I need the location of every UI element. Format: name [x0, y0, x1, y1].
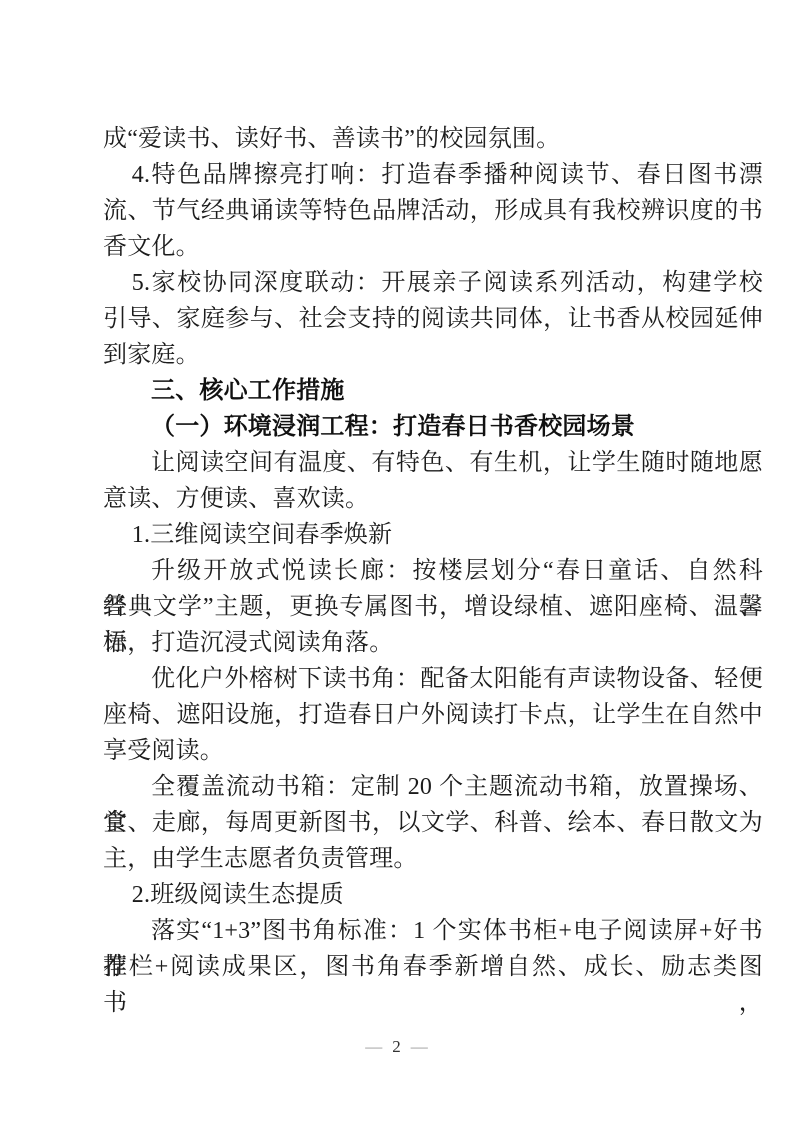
paragraph: 5.家校协同深度联动：开展亲子阅读系列活动，构建学校引导、家庭参与、社会支持的阅… — [103, 265, 763, 373]
paragraph: 落实“1+3”图书角标准：1 个实体书柜+电子阅读屏+好书推荐栏+阅读成果区，图… — [103, 913, 763, 985]
text-line: 成“爱读书、读好书、善读书”的校园氛围。 — [103, 121, 763, 157]
paragraph: 1.三维阅读空间春季焕新 — [103, 517, 763, 553]
text-line: 座椅、遮阳设施，打造春日户外阅读打卡点，让学生在自然中 — [103, 697, 763, 733]
text-line: 荐栏+阅读成果区，图书角春季新增自然、成长、励志类图书， — [103, 949, 763, 985]
paragraph: 2.班级阅读生态提质 — [103, 877, 763, 913]
text-line: （一）环境浸润工程：打造春日书香校园场景 — [103, 409, 763, 445]
paragraph: 升级开放式悦读长廊：按楼层划分“春日童话、自然科普、经典文学”主题，更换专属图书… — [103, 553, 763, 661]
paragraph: 4.特色品牌擦亮打响：打造春季播种阅读节、春日图书漂流、节气经典诵读等特色品牌活… — [103, 157, 763, 265]
text-line: 引导、家庭参与、社会支持的阅读共同体，让书香从校园延伸 — [103, 301, 763, 337]
footer-dash-right: — — [411, 1037, 428, 1056]
text-line: 1.三维阅读空间春季焕新 — [103, 517, 763, 553]
paragraph: 优化户外榕树下读书角：配备太阳能有声读物设备、轻便座椅、遮阳设施，打造春日户外阅… — [103, 661, 763, 769]
page-footer: —2— — [0, 1036, 793, 1058]
paragraph: 成“爱读书、读好书、善读书”的校园氛围。 — [103, 121, 763, 157]
text-line: 5.家校协同深度联动：开展亲子阅读系列活动，构建学校 — [103, 265, 763, 301]
text-line: 4.特色品牌擦亮打响：打造春季播种阅读节、春日图书漂 — [103, 157, 763, 193]
document-body: 成“爱读书、读好书、善读书”的校园氛围。4.特色品牌擦亮打响：打造春季播种阅读节… — [103, 121, 763, 985]
text-line: 经典文学”主题，更换专属图书，增设绿植、遮阳座椅、温馨标 — [103, 589, 763, 625]
text-line: 让阅读空间有温度、有特色、有生机，让学生随时随地愿 — [103, 445, 763, 481]
paragraph: 全覆盖流动书箱：定制 20 个主题流动书箱，放置操场、食堂、走廊，每周更新图书，… — [103, 769, 763, 877]
paragraph: 让阅读空间有温度、有特色、有生机，让学生随时随地愿意读、方便读、喜欢读。 — [103, 445, 763, 517]
text-line: 香文化。 — [103, 229, 763, 265]
text-line: 2.班级阅读生态提质 — [103, 877, 763, 913]
text-line: 堂、走廊，每周更新图书，以文学、科普、绘本、春日散文为 — [103, 805, 763, 841]
text-line: 主，由学生志愿者负责管理。 — [103, 841, 763, 877]
text-line: 享受阅读。 — [103, 733, 763, 769]
page-number: 2 — [382, 1037, 411, 1056]
text-line: 流、节气经典诵读等特色品牌活动，形成具有我校辨识度的书 — [103, 193, 763, 229]
section-heading: （一）环境浸润工程：打造春日书香校园场景 — [103, 409, 763, 445]
text-line: 落实“1+3”图书角标准：1 个实体书柜+电子阅读屏+好书推 — [103, 913, 763, 949]
text-line: 意读、方便读、喜欢读。 — [103, 481, 763, 517]
document-page: 成“爱读书、读好书、善读书”的校园氛围。4.特色品牌擦亮打响：打造春季播种阅读节… — [0, 0, 793, 1122]
text-line: 优化户外榕树下读书角：配备太阳能有声读物设备、轻便 — [103, 661, 763, 697]
text-line: 到家庭。 — [103, 337, 763, 373]
footer-dash-left: — — [365, 1037, 382, 1056]
text-line: 三、核心工作措施 — [103, 373, 763, 409]
text-line: 语，打造沉浸式阅读角落。 — [103, 625, 763, 661]
text-line: 全覆盖流动书箱：定制 20 个主题流动书箱，放置操场、食 — [103, 769, 763, 805]
text-line: 升级开放式悦读长廊：按楼层划分“春日童话、自然科普、 — [103, 553, 763, 589]
section-heading: 三、核心工作措施 — [103, 373, 763, 409]
